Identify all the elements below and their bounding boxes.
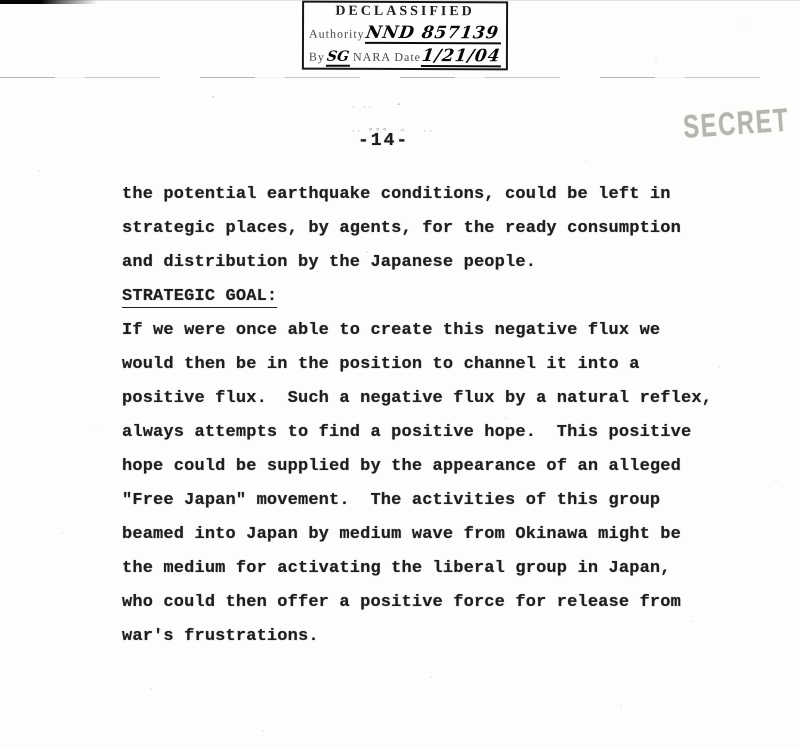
authority-value-text: NND 857139 [365,25,500,42]
body-line: would then be in the position to channel… [122,354,742,388]
declassified-by-row: By SG NARA Date 1/21/04 [304,45,506,68]
body-line: If we were once able to create this nega… [122,320,742,354]
nara-date-label: NARA Date [353,50,421,67]
section-heading: STRATEGIC GOAL: [122,286,742,320]
body-line: and distribution by the Japanese people. [122,252,742,286]
scanned-document-page: DECLASSIFIED Authority NND 857139 By SG … [0,0,800,749]
body-line: the potential earthquake conditions, cou… [122,184,742,218]
authority-handwritten-value: NND 857139 [365,25,501,44]
by-label: By [309,50,325,67]
body-line: who could then offer a positive force fo… [122,592,742,626]
authority-label: Authority [309,27,365,44]
declassified-stamp: DECLASSIFIED Authority NND 857139 By SG … [302,1,508,71]
typewritten-body: the potential earthquake conditions, cou… [122,184,742,660]
section-heading-text: STRATEGIC GOAL: [122,287,277,308]
declassified-stamp-title: DECLASSIFIED [304,4,506,21]
body-line: hope could be supplied by the appearance… [122,456,742,490]
body-line: beamed into Japan by medium wave from Ok… [122,524,742,558]
declassified-authority-row: Authority NND 857139 [304,20,506,45]
pencil-smudge-line1: · ·‧ ˝ [352,104,435,112]
page-number: -14- [358,131,409,151]
scan-noise-speckles [0,0,2,2]
body-line: "Free Japan" movement. The activities of… [122,490,742,524]
scan-corner-artifact [0,0,98,4]
body-line: war's frustrations. [122,626,742,660]
body-line: the medium for activating the liberal gr… [122,558,742,592]
nara-date-value-text: 1/21/04 [420,48,501,65]
paper-seam-line [0,77,800,78]
by-initials-handwritten: SG [326,49,350,67]
secret-classification-stamp: SECRET [682,103,791,147]
body-line: always attempts to find a positive hope.… [122,422,742,456]
nara-date-handwritten-value: 1/21/04 [421,48,501,67]
body-line: strategic places, by agents, for the rea… [122,218,742,252]
by-initials-text: SG [326,50,350,64]
body-line: positive flux. Such a negative flux by a… [122,388,742,422]
